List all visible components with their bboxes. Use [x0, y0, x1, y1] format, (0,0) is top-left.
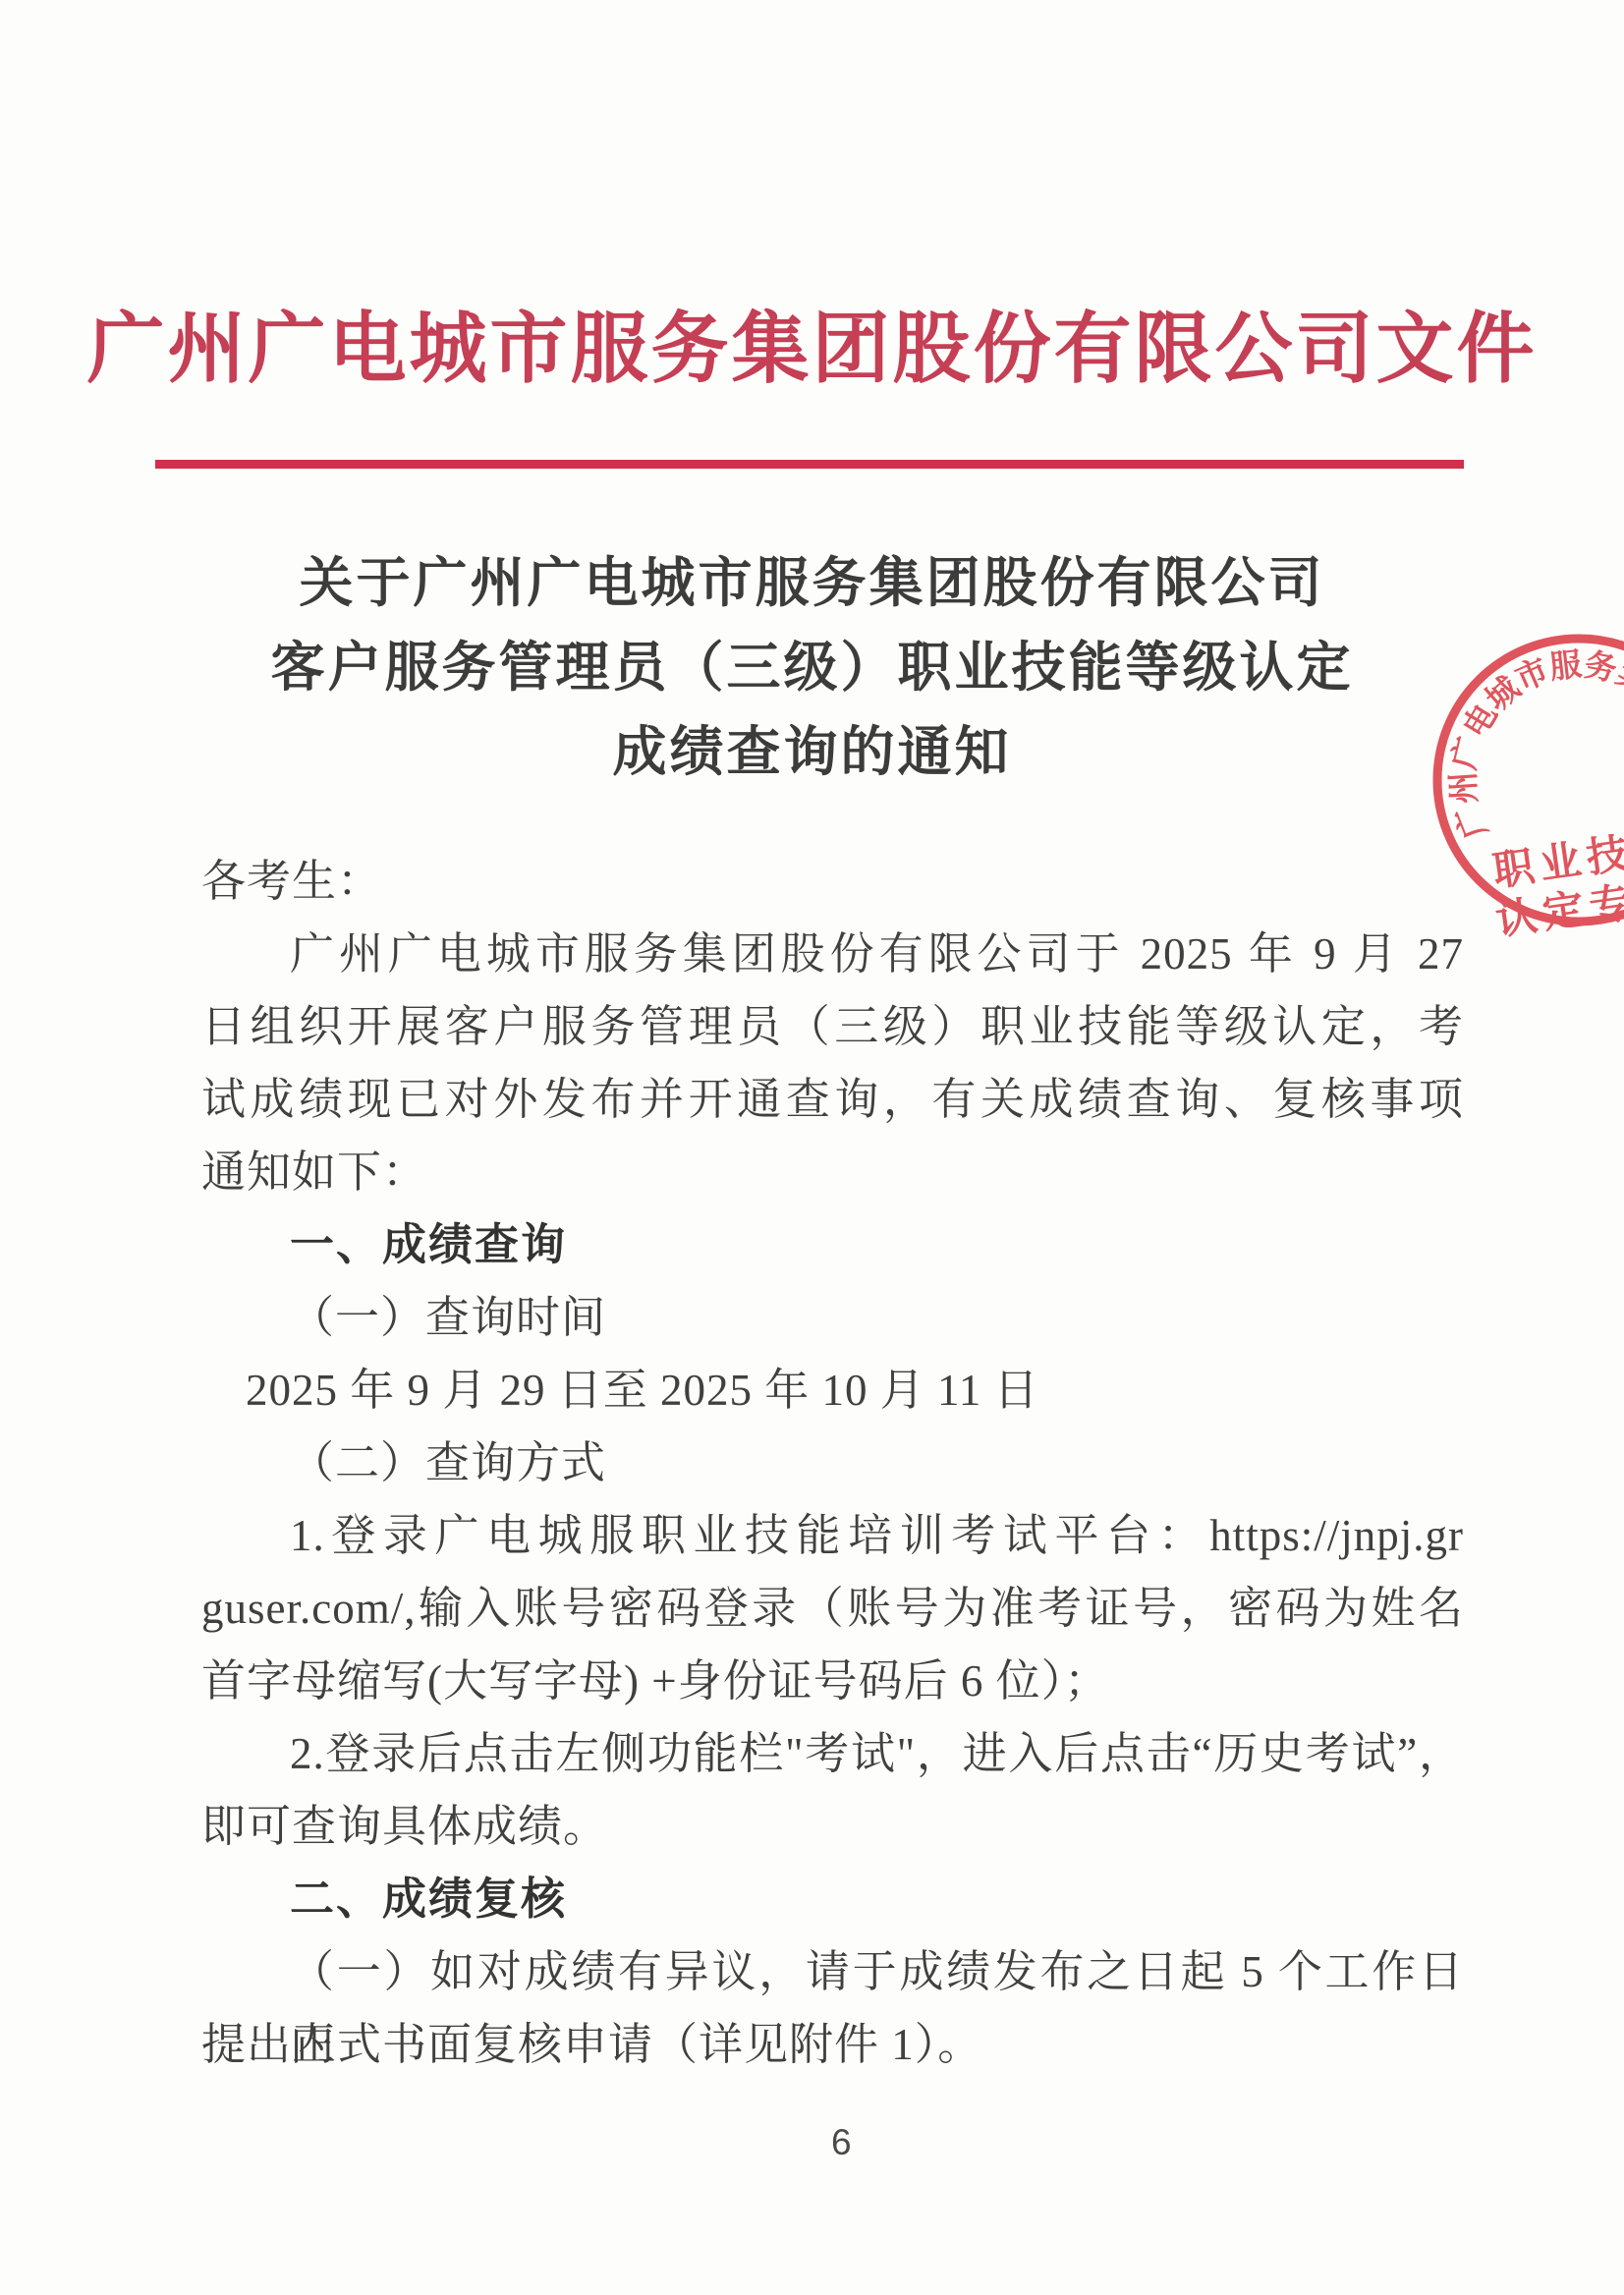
body-line: 1.登录广电城服职业技能培训考试平台：https://jnpj.gr — [201, 1499, 1464, 1572]
document-title: 关于广州广电城市服务集团股份有限公司 客户服务管理员（三级）职业技能等级认定 成… — [0, 540, 1624, 794]
body-line: 日组织开展客户服务管理员（三级）职业技能等级认定，考 — [201, 990, 1464, 1063]
body-line: 通知如下： — [201, 1136, 1464, 1208]
document-banner: 广州广电城市服务集团股份有限公司文件 — [39, 298, 1585, 404]
red-separator-line — [155, 460, 1464, 469]
document-title-line-1: 关于广州广电城市服务集团股份有限公司 — [0, 540, 1624, 625]
seal-arc-text: 广州广电城市服务集团股 — [1446, 646, 1624, 843]
official-seal: 广州广电城市服务集团股 职业技能 认定专用 — [1427, 633, 1624, 937]
body-line: 即可查询具体成绩。 — [201, 1790, 1464, 1863]
body-line: 2.登录后点击左侧功能栏"考试"，进入后点击“历史考试”， — [201, 1717, 1464, 1790]
document-title-line-3: 成绩查询的通知 — [0, 709, 1624, 794]
document-title-line-2: 客户服务管理员（三级）职业技能等级认定 — [0, 625, 1624, 709]
body-line: （一）如对成绩有异议，请于成绩发布之日起 5 个工作日内 — [201, 1935, 1464, 2008]
body-line: guser.com/,输入账号密码登录（账号为准考证号，密码为姓名 — [201, 1572, 1464, 1645]
document-page: 广州广电城市服务集团股份有限公司文件 关于广州广电城市服务集团股份有限公司 客户… — [0, 0, 1624, 2295]
page-number: 6 — [831, 2122, 852, 2163]
svg-text:广州广电城市服务集团股: 广州广电城市服务集团股 — [1446, 646, 1624, 843]
body-line: 首字母缩写(大写字母) +身份证号码后 6 位）； — [201, 1645, 1464, 1717]
body-line: 广州广电城市服务集团股份有限公司于 2025 年 9 月 27 — [201, 918, 1464, 990]
body-line: 试成绩现已对外发布并开通查询，有关成绩查询、复核事项 — [201, 1063, 1464, 1136]
body-line: 2025 年 9 月 29 日至 2025 年 10 月 11 日 — [201, 1354, 1464, 1427]
section-heading-1: 一、成绩查询 — [201, 1208, 1464, 1281]
body-line: （二）查询方式 — [201, 1427, 1464, 1499]
body-line: 提出正式书面复核申请（详见附件 1）。 — [201, 2008, 1464, 2081]
section-heading-2: 二、成绩复核 — [201, 1863, 1464, 1935]
document-body: 各考生： 广州广电城市服务集团股份有限公司于 2025 年 9 月 27 日组织… — [201, 845, 1464, 2081]
salutation-line: 各考生： — [201, 845, 1464, 918]
body-line: （一）查询时间 — [201, 1281, 1464, 1354]
